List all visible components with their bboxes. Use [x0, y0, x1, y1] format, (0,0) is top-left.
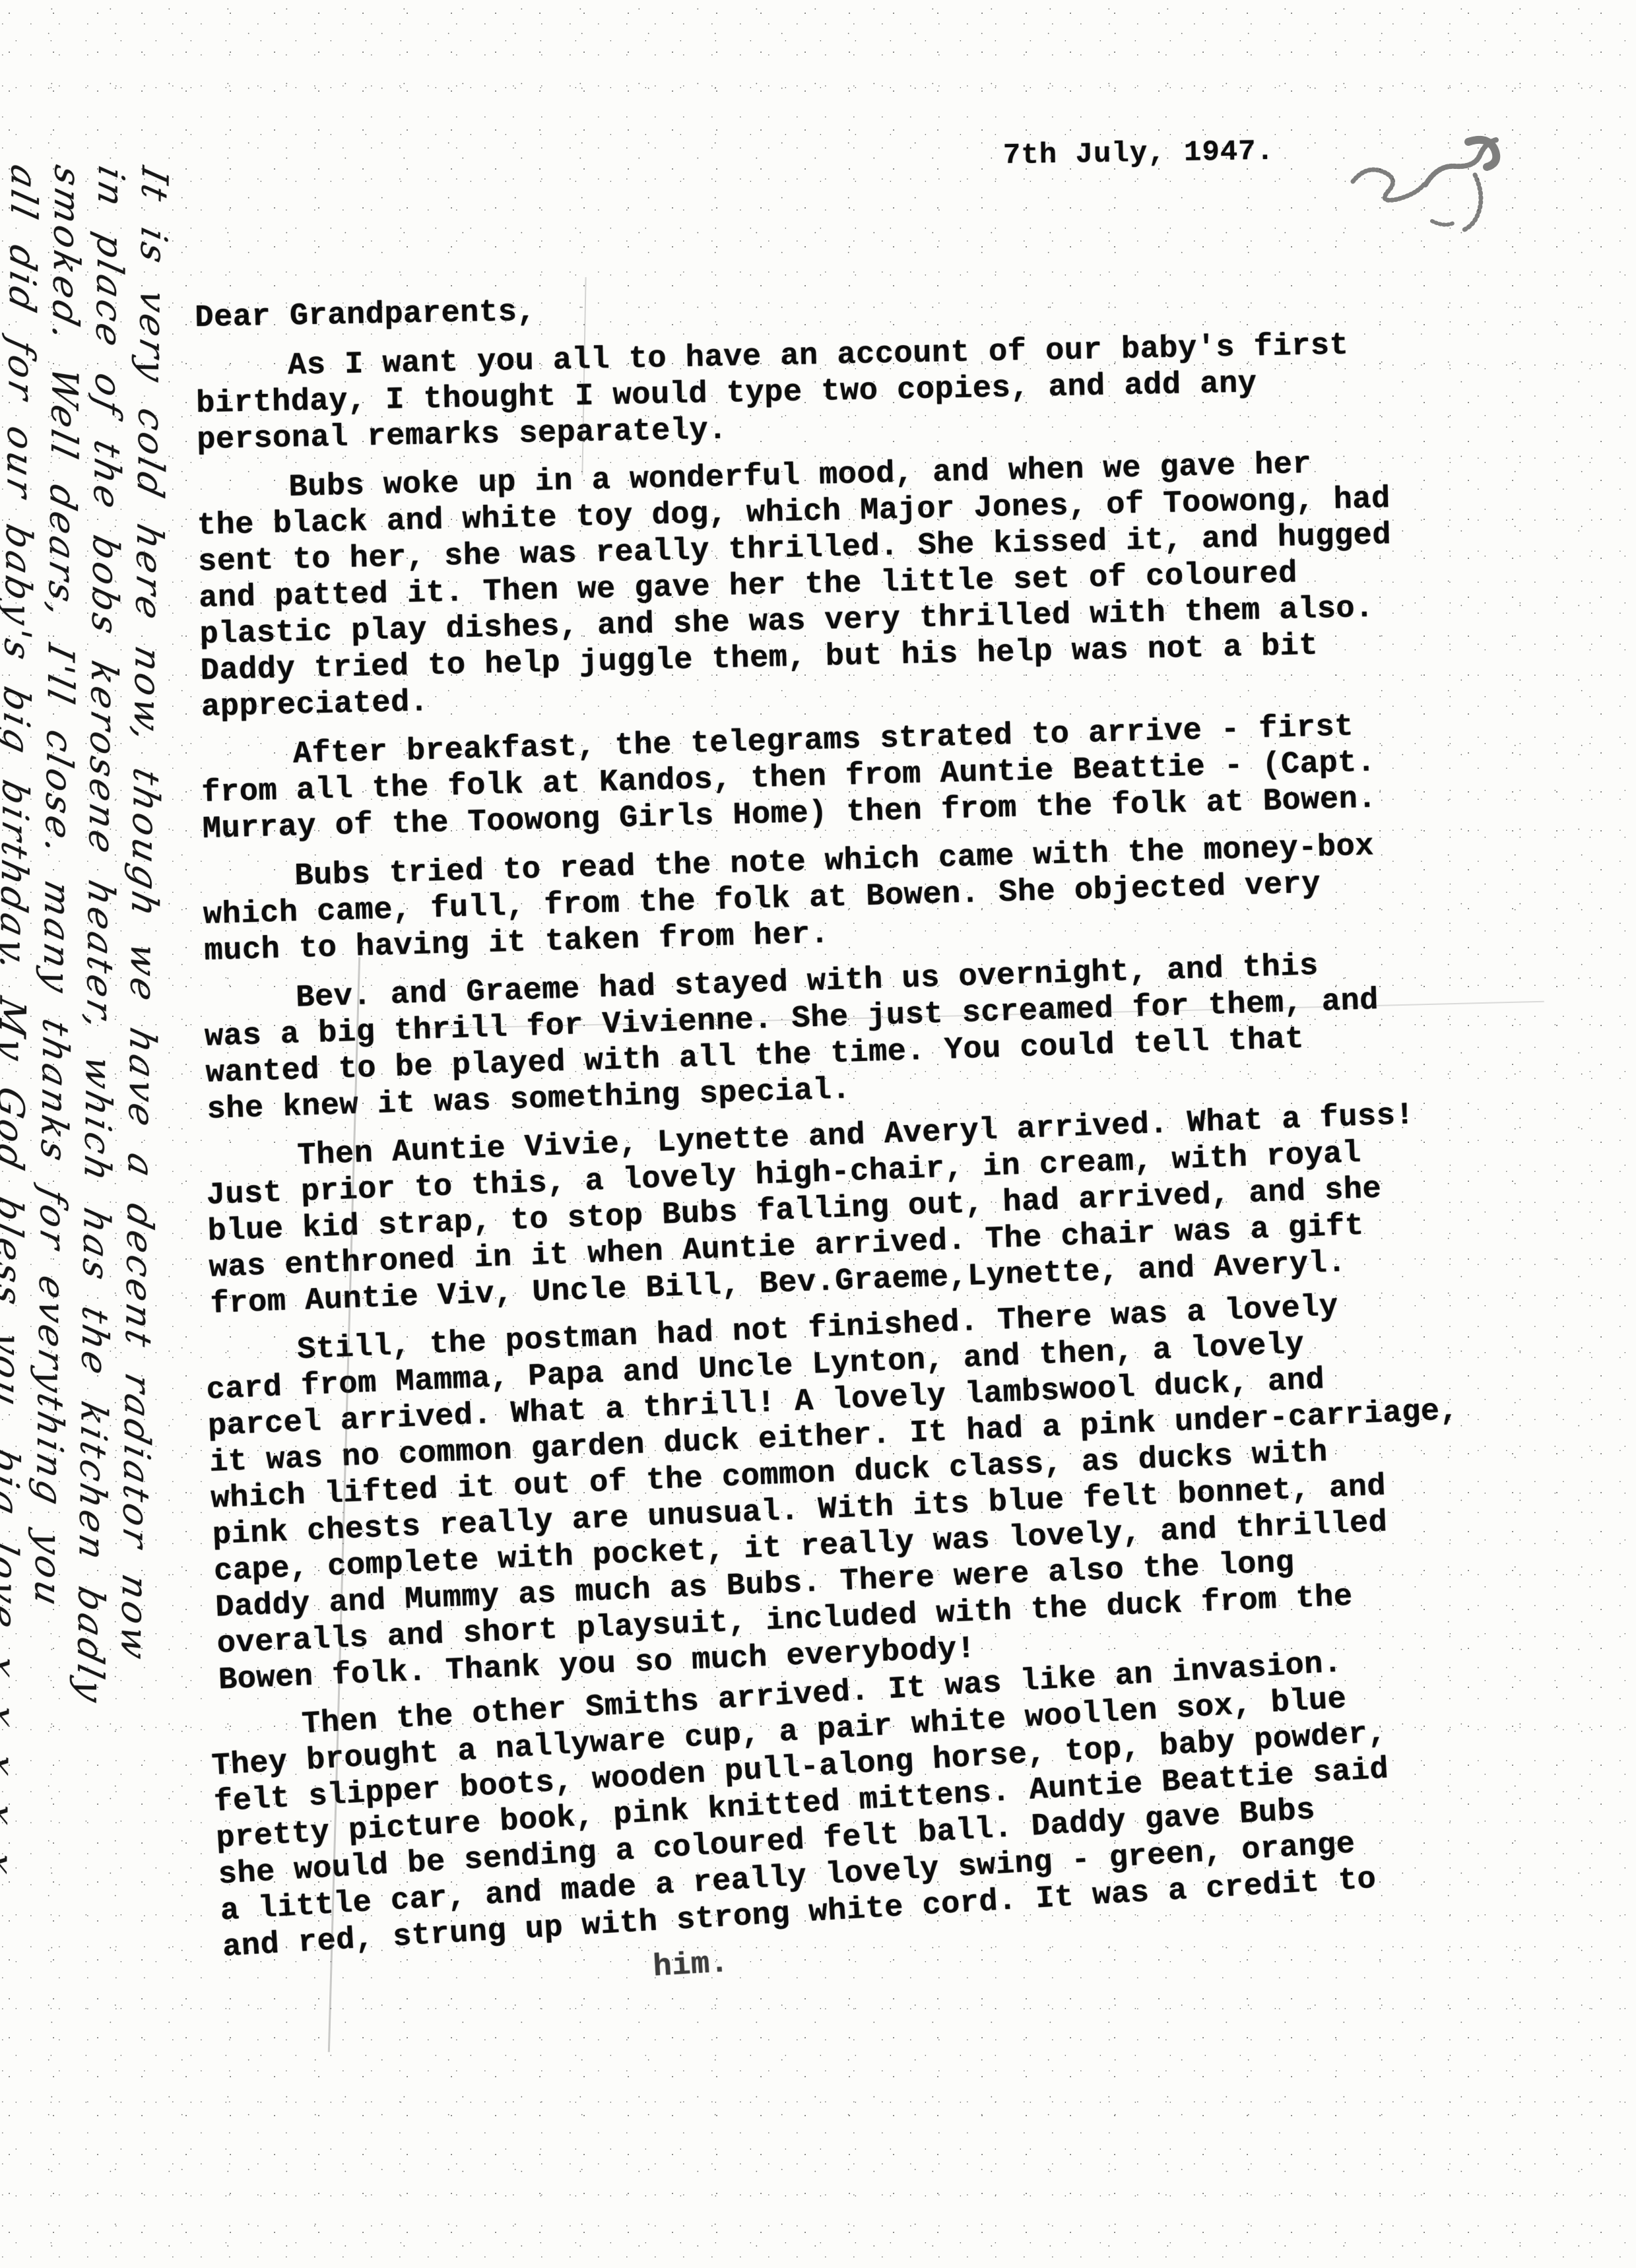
letter-paragraph: Bubs woke up in a wonderful mood, and wh… — [196, 443, 1488, 726]
typed-letter-body: Dear Grandparents, As I want you all to … — [195, 282, 1505, 2025]
handwritten-margin-note: It is very cold here now, though we have… — [0, 166, 177, 1949]
scanned-letter-page: It is very cold here now, though we have… — [0, 0, 1636, 2268]
letter-paragraph: After breakfast, the telegrams strated t… — [200, 705, 1489, 848]
letter-paragraph: Bev. and Graeme had stayed with us overn… — [203, 943, 1494, 1128]
letter-paragraph: Then Auntie Vivie, Lynette and Averyl ar… — [205, 1094, 1497, 1322]
letter-salutation: Dear Grandparents, — [195, 276, 1482, 337]
letter-paragraph: Still, the postman had not finished. The… — [204, 1282, 1505, 1699]
ink-smudge — [1333, 122, 1505, 254]
letter-date: 7th July, 1947. — [1003, 135, 1275, 172]
letter-paragraph: As I want you all to have an account of … — [195, 325, 1484, 459]
